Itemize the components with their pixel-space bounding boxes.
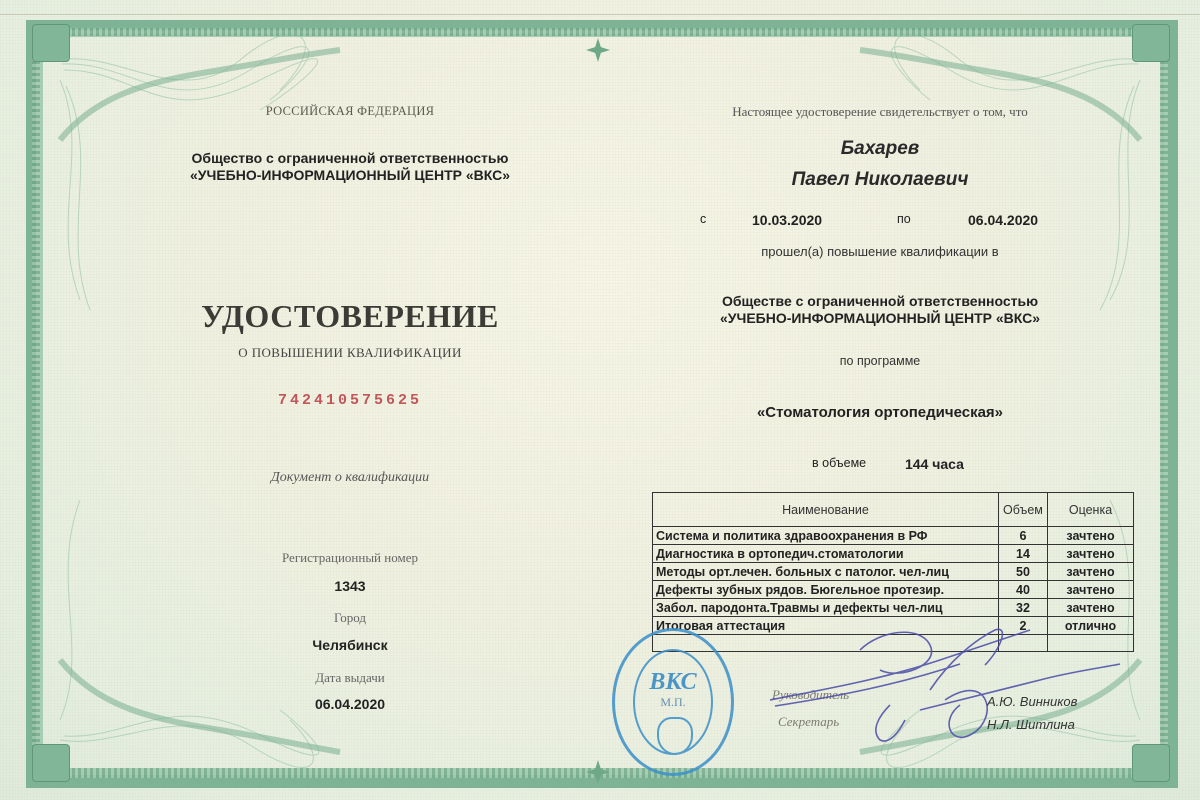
- certificate-sheet: РОССИЙСКАЯ ФЕДЕРАЦИЯ Общество с ограниче…: [0, 0, 1200, 800]
- training-org-line2: «УЧЕБНО-ИНФОРМАЦИОННЫЙ ЦЕНТР «ВКС»: [660, 310, 1100, 327]
- subject-name: Система и политика здравоохранения в РФ: [653, 527, 999, 545]
- city-label: Город: [160, 610, 540, 626]
- training-organization: Обществе с ограниченной ответственностью…: [660, 293, 1100, 327]
- table-row: Забол. пародонта.Травмы и дефекты чел-ли…: [653, 599, 1134, 617]
- header-name: Наименование: [653, 493, 999, 527]
- subject-hours: 2: [998, 617, 1047, 635]
- holder-given-names: Павел Николаевич: [660, 169, 1100, 191]
- table-spacer-row: [653, 635, 1134, 652]
- scan-edge-line: [0, 14, 1200, 15]
- frame-band-right: [1160, 28, 1168, 778]
- corner-ornament-bottom-right: [1132, 744, 1170, 782]
- volume-value: 144 часа: [905, 456, 964, 472]
- passed-training-text: прошел(а) повышение квалификации в: [660, 244, 1100, 259]
- period-date-from: 10.03.2020: [752, 212, 822, 228]
- corner-ornament-top-left: [32, 24, 70, 62]
- secretary-role-label: Секретарь: [778, 714, 839, 730]
- subject-hours: 32: [998, 599, 1047, 617]
- issue-date-label: Дата выдачи: [160, 670, 540, 686]
- subject-grade: зачтено: [1048, 545, 1134, 563]
- document-title: УДОСТОВЕРЕНИЕ: [160, 298, 540, 335]
- subject-name: Диагностика в ортопедич.стоматологии: [653, 545, 999, 563]
- program-label: по программе: [660, 354, 1100, 368]
- program-name: «Стоматология ортопедическая»: [660, 404, 1100, 421]
- subject-grade: зачтено: [1048, 527, 1134, 545]
- period-to-label: по: [897, 212, 911, 226]
- table-header-row: Наименование Объем Оценка: [653, 493, 1134, 527]
- head-role-label: Руководитель: [772, 687, 849, 703]
- subject-grade: зачтено: [1048, 581, 1134, 599]
- table-row: Методы орт.лечен. больных с патолог. чел…: [653, 563, 1134, 581]
- table-row: Итоговая аттестация2отлично: [653, 617, 1134, 635]
- document-subtitle: О ПОВЫШЕНИИ КВАЛИФИКАЦИИ: [160, 345, 540, 361]
- organization-stamp: ВКС М.П.: [612, 628, 734, 776]
- serial-number: 742410575625: [160, 392, 540, 409]
- subject-hours: 6: [998, 527, 1047, 545]
- period-date-to: 06.04.2020: [968, 212, 1038, 228]
- subject-grade: отлично: [1048, 617, 1134, 635]
- subject-name: Методы орт.лечен. больных с патолог. чел…: [653, 563, 999, 581]
- issuer-org-line2: «УЧЕБНО-ИНФОРМАЦИОННЫЙ ЦЕНТР «ВКС»: [160, 167, 540, 184]
- country-label: РОССИЙСКАЯ ФЕДЕРАЦИЯ: [160, 104, 540, 119]
- training-org-line1: Обществе с ограниченной ответственностью: [660, 293, 1100, 310]
- table-row: Диагностика в ортопедич.стоматологии14за…: [653, 545, 1134, 563]
- subject-grade: зачтено: [1048, 563, 1134, 581]
- issuer-org-line1: Общество с ограниченной ответственностью: [160, 150, 540, 167]
- table-row: Система и политика здравоохранения в РФ6…: [653, 527, 1134, 545]
- issuer-organization: Общество с ограниченной ответственностью…: [160, 150, 540, 184]
- subject-grade: зачтено: [1048, 599, 1134, 617]
- city-value: Челябинск: [160, 637, 540, 653]
- period-from-label: с: [700, 212, 706, 226]
- secretary-name: Н.Л. Шитлина: [987, 717, 1075, 732]
- registration-number-label: Регистрационный номер: [160, 550, 540, 566]
- header-grade: Оценка: [1048, 493, 1134, 527]
- stamp-logo: ВКС: [615, 669, 731, 696]
- table-row: Дефекты зубных рядов. Бюгельное протезир…: [653, 581, 1134, 599]
- stamp-mp-label: М.П.: [615, 695, 731, 710]
- subject-hours: 14: [998, 545, 1047, 563]
- subject-hours: 40: [998, 581, 1047, 599]
- holder-surname: Бахарев: [660, 138, 1100, 160]
- subject-hours: 50: [998, 563, 1047, 581]
- subject-name: Дефекты зубных рядов. Бюгельное протезир…: [653, 581, 999, 599]
- subject-name: Забол. пародонта.Травмы и дефекты чел-ли…: [653, 599, 999, 617]
- issue-date: 06.04.2020: [160, 696, 540, 712]
- certify-statement: Настоящее удостоверение свидетельствует …: [660, 104, 1100, 120]
- document-type: Документ о квалификации: [160, 470, 540, 486]
- corner-ornament-bottom-left: [32, 744, 70, 782]
- frame-band-top: [36, 28, 1164, 36]
- registration-number: 1343: [160, 578, 540, 594]
- header-hours: Объем: [998, 493, 1047, 527]
- corner-ornament-top-right: [1132, 24, 1170, 62]
- subjects-table: Наименование Объем Оценка Система и поли…: [652, 492, 1134, 652]
- volume-label: в объеме: [812, 456, 866, 470]
- head-name: А.Ю. Винников: [987, 694, 1077, 709]
- frame-band-left: [32, 28, 40, 778]
- subject-name: Итоговая аттестация: [653, 617, 999, 635]
- stamp-crest-icon: [657, 717, 693, 755]
